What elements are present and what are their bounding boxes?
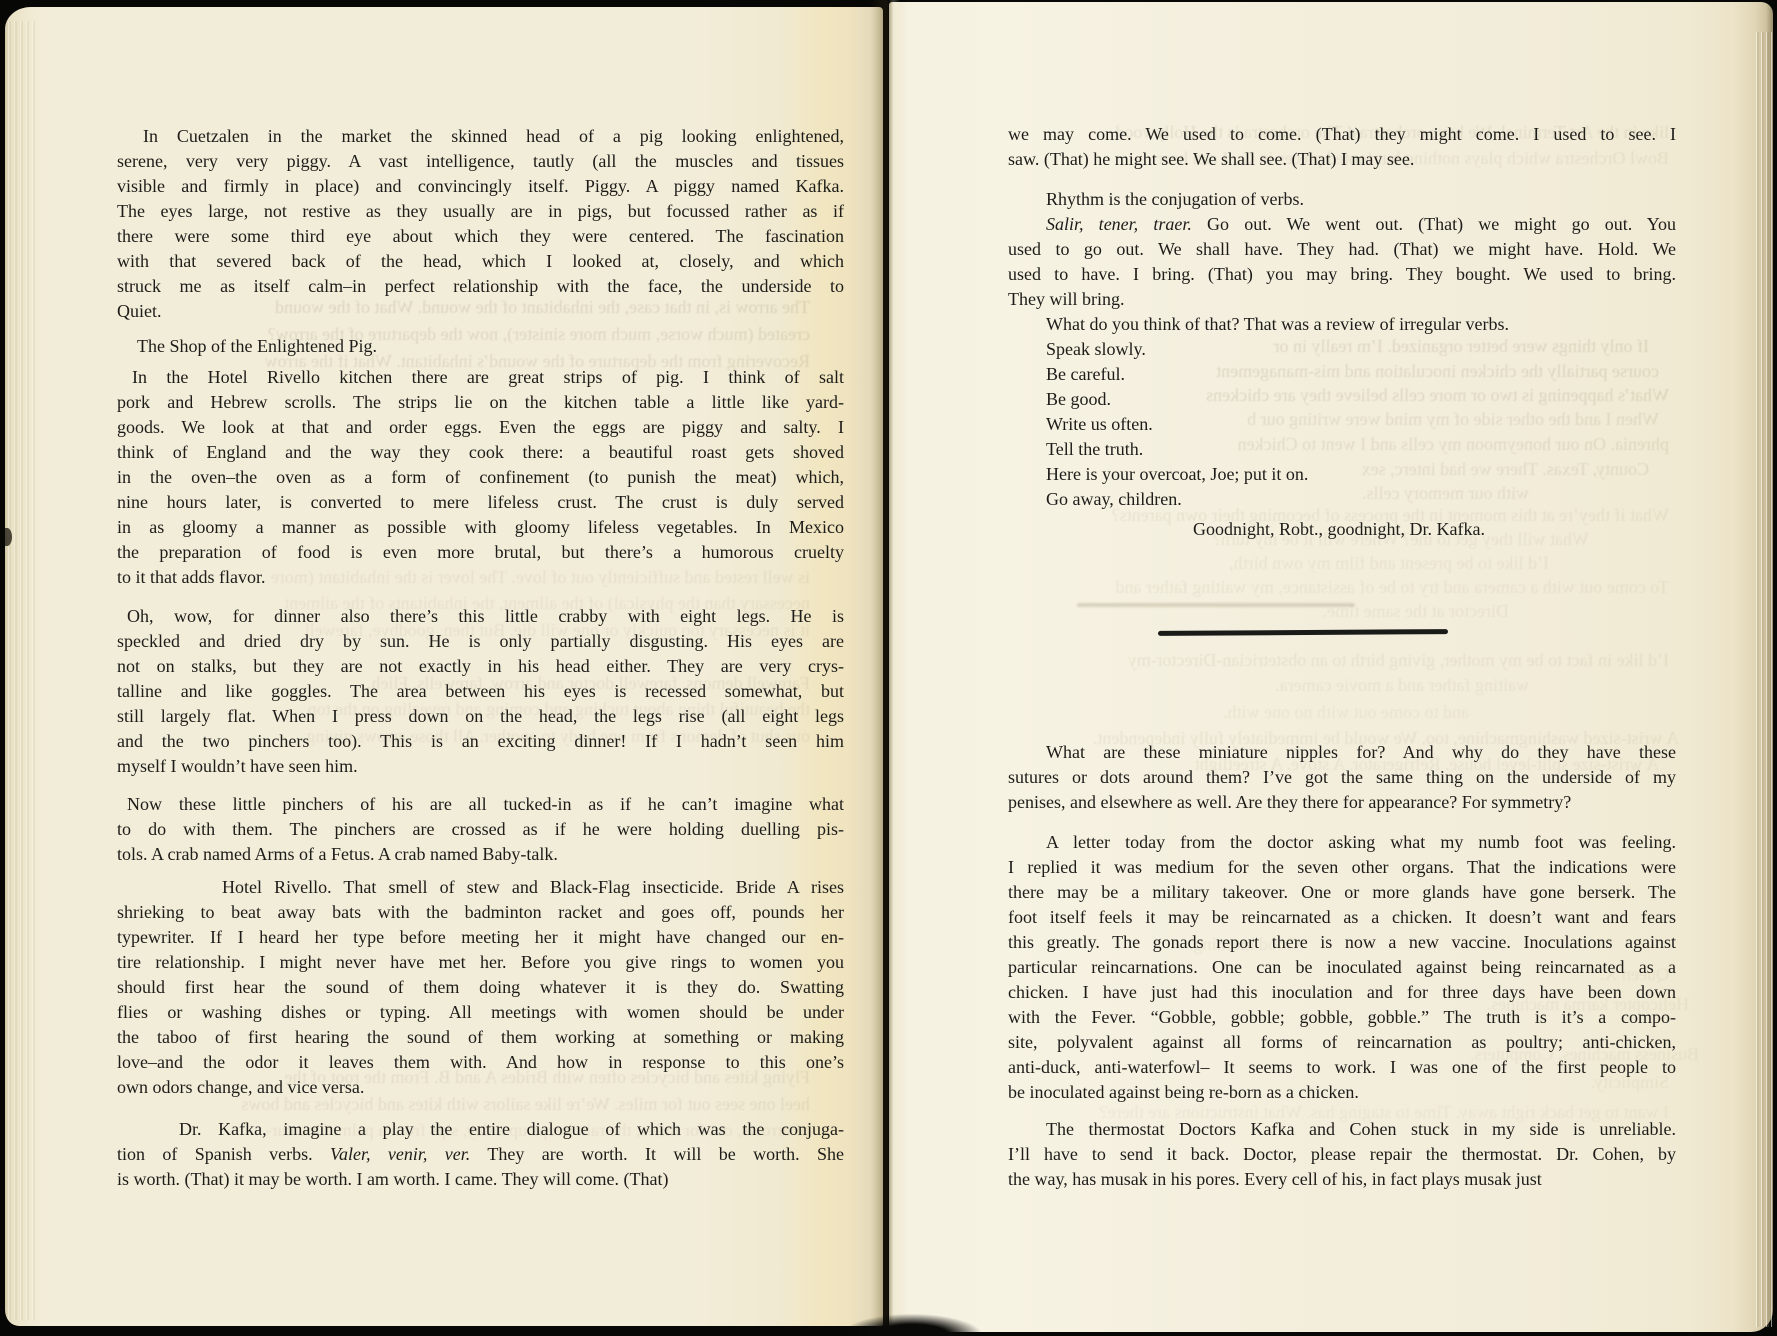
text-line: used to have. I bring. (That) you may br… bbox=[1008, 262, 1676, 287]
text-line: this greatly. The gonads report there is… bbox=[1008, 930, 1676, 955]
text-line: Go away, children. bbox=[1008, 487, 1676, 512]
text-line: there were some third eye about which th… bbox=[117, 224, 844, 249]
text-line: Write us often. bbox=[1008, 412, 1676, 437]
text-line: own odors change, and vice versa. bbox=[117, 1075, 844, 1100]
text-line: The Shop of the Enlightened Pig. bbox=[117, 334, 844, 359]
paragraph: The Shop of the Enlightened Pig. bbox=[117, 334, 844, 359]
text-line: we may come. We used to come. (That) the… bbox=[1008, 122, 1676, 147]
book-photo: { "palette":{ "background":"#070706", "p… bbox=[0, 0, 1777, 1336]
paragraph: The thermostat Doctors Kafka and Cohen s… bbox=[1008, 1117, 1676, 1192]
text-line: The thermostat Doctors Kafka and Cohen s… bbox=[1008, 1117, 1676, 1142]
text-line: chicken. I have just had this inoculatio… bbox=[1008, 980, 1676, 1005]
text-line: and the two pinchers too). This is an ex… bbox=[117, 729, 844, 754]
text-line: myself I wouldn’t have seen him. bbox=[117, 754, 844, 779]
paragraph: Oh, wow, for dinner also there’s this li… bbox=[117, 604, 844, 779]
text-line: visible and firmly in place) and convinc… bbox=[117, 174, 844, 199]
text-line: the preparation of food is even more bru… bbox=[117, 540, 844, 565]
text-line: struck me as itself calm–in perfect rela… bbox=[117, 274, 844, 299]
paragraph: Tell the truth. bbox=[1008, 437, 1676, 462]
paragraph: What are these miniature nipples for? An… bbox=[1008, 740, 1676, 815]
text-line: to it that adds flavor. bbox=[117, 565, 844, 590]
paragraph: Goodnight, Robt., goodnight, Dr. Kafka. bbox=[1008, 517, 1676, 542]
text-line: speckled and dried dry by sun. He is onl… bbox=[117, 629, 844, 654]
paragraph: In the Hotel Rivello kitchen there are g… bbox=[117, 365, 844, 590]
text-line: foot itself feels it may be reincarnated… bbox=[1008, 905, 1676, 930]
left-page-text: In Cuetzalen in the market the skinned h… bbox=[117, 124, 844, 1192]
paragraph: What do you think of that? That was a re… bbox=[1008, 312, 1676, 337]
text-line: tion of Spanish verbs. Valer, venir, ver… bbox=[117, 1142, 844, 1167]
right-page: like in the Art Terminal. We have orches… bbox=[889, 2, 1773, 1332]
text-line: tols. A crab named Arms of a Fetus. A cr… bbox=[117, 842, 844, 867]
text-line: Oh, wow, for dinner also there’s this li… bbox=[117, 604, 844, 629]
text-line: What are these miniature nipples for? An… bbox=[1008, 740, 1676, 765]
text-line: A letter today from the doctor asking wh… bbox=[1008, 830, 1676, 855]
text-line: What do you think of that? That was a re… bbox=[1008, 312, 1676, 337]
text-line: Goodnight, Robt., goodnight, Dr. Kafka. bbox=[1008, 517, 1676, 542]
text-line: nine hours later, is converted to mere l… bbox=[117, 490, 844, 515]
text-line: Here is your overcoat, Joe; put it on. bbox=[1008, 462, 1676, 487]
text-line: still largely flat. When I press down on… bbox=[117, 704, 844, 729]
text-line: anti-duck, anti-waterfowl– It seems to w… bbox=[1008, 1055, 1676, 1080]
text-line: in the oven–the oven as a form of confin… bbox=[117, 465, 844, 490]
text-line: They will bring. bbox=[1008, 287, 1676, 312]
text-line: Speak slowly. bbox=[1008, 337, 1676, 362]
text-line: saw. (That) he might see. We shall see. … bbox=[1008, 147, 1676, 172]
text-line: Be good. bbox=[1008, 387, 1676, 412]
text-line: shrieking to beat away bats with the bad… bbox=[117, 900, 844, 925]
text-line: Tell the truth. bbox=[1008, 437, 1676, 462]
text-line: Now these little pinchers of his are all… bbox=[117, 792, 844, 817]
text-line: Hotel Rivello. That smell of stew and Bl… bbox=[117, 875, 844, 900]
text-line: sutures or dots around them? I’ve got th… bbox=[1008, 765, 1676, 790]
text-line: there may be a military takeover. One or… bbox=[1008, 880, 1676, 905]
text-line: flies or washing dishes or typing. All m… bbox=[117, 1000, 844, 1025]
text-line: I replied it was medium for the seven ot… bbox=[1008, 855, 1676, 880]
paragraph: Be careful. bbox=[1008, 362, 1676, 387]
text-line: with the Fever. “Gobble, gobble; gobble,… bbox=[1008, 1005, 1676, 1030]
text-line: in as gloomy a manner as possible with g… bbox=[117, 515, 844, 540]
text-line: the taboo of first hearing the sound of … bbox=[117, 1025, 844, 1050]
paragraph: Write us often. bbox=[1008, 412, 1676, 437]
text-line: serene, very very piggy. A vast intellig… bbox=[117, 149, 844, 174]
text-line: Dr. Kafka, imagine a play the entire dia… bbox=[117, 1117, 844, 1142]
paragraph: A letter today from the doctor asking wh… bbox=[1008, 830, 1676, 1105]
text-line: particular reincarnations. One can be in… bbox=[1008, 955, 1676, 980]
text-line: I’ll have to send it back. Doctor, pleas… bbox=[1008, 1142, 1676, 1167]
text-line: Be careful. bbox=[1008, 362, 1676, 387]
text-line: Quiet. bbox=[117, 299, 844, 324]
right-page-text: we may come. We used to come. (That) the… bbox=[1008, 122, 1676, 1192]
text-line: talline and like goggles. The area betwe… bbox=[117, 679, 844, 704]
paragraph: Go away, children. bbox=[1008, 487, 1676, 512]
text-line: site, polyvalent against all forms of re… bbox=[1008, 1030, 1676, 1055]
text-line: Rhythm is the conjugation of verbs. bbox=[1008, 187, 1676, 212]
text-line: pork and Hebrew scrolls. The strips lie … bbox=[117, 390, 844, 415]
text-line: with that severed back of the head, whic… bbox=[117, 249, 844, 274]
text-line: to do with them. The pinchers are crosse… bbox=[117, 817, 844, 842]
text-line: tire relationship. I might never have me… bbox=[117, 950, 844, 975]
text-line: not on stalks, but they are not exactly … bbox=[117, 654, 844, 679]
paragraph: In Cuetzalen in the market the skinned h… bbox=[117, 124, 844, 324]
text-line: The eyes large, not restive as they usua… bbox=[117, 199, 844, 224]
paragraph: Be good. bbox=[1008, 387, 1676, 412]
paragraph: Now these little pinchers of his are all… bbox=[117, 792, 844, 867]
text-line: Salir, tener, traer. Go out. We went out… bbox=[1008, 212, 1676, 237]
text-line: penises, and elsewhere as well. Are they… bbox=[1008, 790, 1676, 815]
section-divider-rule bbox=[1158, 629, 1448, 636]
spine-bottom-shadow bbox=[842, 1314, 982, 1336]
text-line: should first hear the sound of them doin… bbox=[117, 975, 844, 1000]
text-line: think of England and the way they cook t… bbox=[117, 440, 844, 465]
paragraph: Here is your overcoat, Joe; put it on. bbox=[1008, 462, 1676, 487]
left-page: The arrow is, in that case, the inhabita… bbox=[5, 7, 883, 1326]
paragraph: we may come. We used to come. (That) the… bbox=[1008, 122, 1676, 172]
paragraph: Dr. Kafka, imagine a play the entire dia… bbox=[117, 1117, 844, 1192]
text-line: used to go out. We shall have. They had.… bbox=[1008, 237, 1676, 262]
text-line: is worth. (That) it may be worth. I am w… bbox=[117, 1167, 844, 1192]
text-line: In Cuetzalen in the market the skinned h… bbox=[117, 124, 844, 149]
text-line: typewriter. If I heard her type before m… bbox=[117, 925, 844, 950]
text-line: goods. We look at that and order eggs. E… bbox=[117, 415, 844, 440]
paragraph: Hotel Rivello. That smell of stew and Bl… bbox=[117, 875, 844, 1100]
spine-gutter-shadow bbox=[870, 0, 900, 1336]
paragraph: Rhythm is the conjugation of verbs. bbox=[1008, 187, 1676, 212]
paragraph: Salir, tener, traer. Go out. We went out… bbox=[1008, 212, 1676, 312]
paragraph: Speak slowly. bbox=[1008, 337, 1676, 362]
text-line: be inoculated against being re-born as a… bbox=[1008, 1080, 1676, 1105]
text-line: love–and the odor it leaves them with. A… bbox=[117, 1050, 844, 1075]
text-line: In the Hotel Rivello kitchen there are g… bbox=[117, 365, 844, 390]
text-line: the way, has musak in his pores. Every c… bbox=[1008, 1167, 1676, 1192]
